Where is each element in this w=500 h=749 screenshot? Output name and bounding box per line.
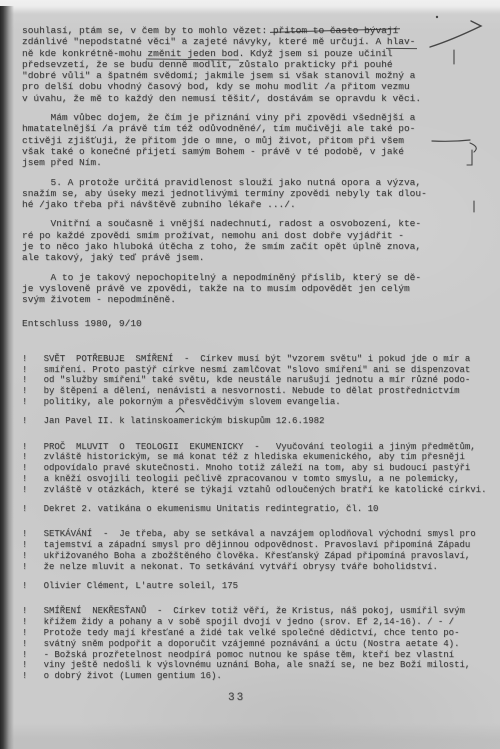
- handwritten-underlined-text: změnit jeden bod: [147, 48, 238, 59]
- page-number: 33: [228, 692, 498, 704]
- quote-block: ! SETKÁVÁNÍ - Je třeba, aby se setkával …: [22, 529, 498, 572]
- paragraph-4: Vnitřní a současně i vnější nadechnutí, …: [22, 218, 498, 263]
- page-content: souhlasí, ptám se, v čem by to mohlo věz…: [22, 25, 498, 704]
- pen-dot-icon: [436, 16, 438, 18]
- source-citation: Entschluss 1980, 9/10: [22, 318, 498, 329]
- quote-block: ! SVĚT POTŘEBUJE SMÍŘENÍ - Církev musí b…: [22, 354, 498, 408]
- paragraph-text: zdánlivé "nepodstatné věci" a zajeté náv…: [22, 36, 387, 47]
- paragraph-text: souhlasí, ptám se, v čem by to mohlo věz…: [22, 25, 273, 36]
- paragraph-1: souhlasí, ptám se, v čem by to mohlo věz…: [22, 25, 498, 104]
- handwritten-strikethrough-text: přitom to často bývají: [273, 25, 398, 36]
- quote-source: ! Olivier Clément, L'autre soleil, 175: [22, 581, 498, 592]
- quote-block: ! SMÍŘENÍ NEKŘESŤANŮ - Církev totiž věří…: [22, 606, 498, 682]
- paragraph-text: ně kde konkrétně-mohu: [22, 48, 147, 59]
- scanned-document-page: souhlasí, ptám se, v čem by to mohlo věz…: [0, 0, 500, 749]
- quote-source: ! Dekret 2. vatikána o ekumenismu Unitat…: [22, 504, 498, 515]
- book-spine-shadow: [0, 6, 14, 749]
- paragraph-5: A to je takový nepochopitelný a nepodmín…: [22, 272, 498, 306]
- quote-source: ! Jan Pavel II. k latinskoamerickým bisk…: [22, 416, 498, 427]
- quote-sections: ! SVĚT POTŘEBUJE SMÍŘENÍ - Církev musí b…: [22, 354, 498, 682]
- handwritten-underlined-text: hlav-: [387, 36, 416, 47]
- paragraph-3: 5. A protože určitá pravidlenost slouží …: [22, 177, 498, 211]
- paragraph-2: Mám vůbec dojem, že čím je přiznání viny…: [22, 112, 498, 168]
- quote-block: ! PROČ MLUVIT O TEOLOGII EKUMENICKY - Vy…: [22, 442, 498, 496]
